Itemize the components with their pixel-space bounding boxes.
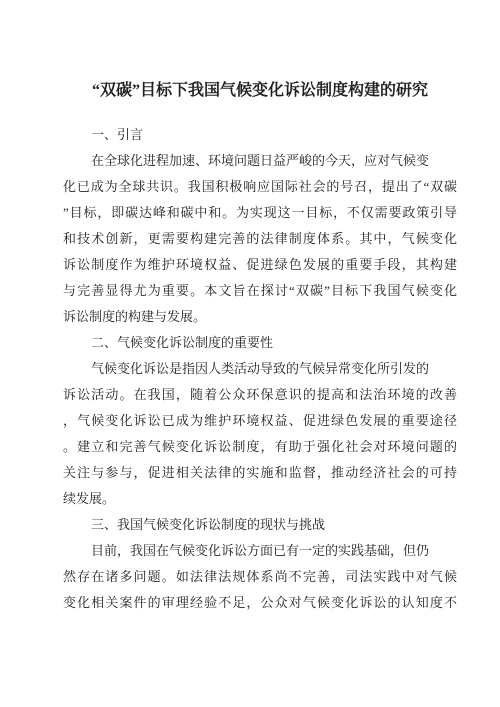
paragraph-line: 变化相关案件的审理经验不足，公众对气候变化诉讼的认知度不	[63, 590, 457, 616]
document-body: 一、引言在全球化进程加速、环境问题日益严峻的今天，应对气候变化已成为全球共识。我…	[0, 122, 500, 616]
paragraph-line: 化已成为全球共识。我国积极响应国际社会的号召，提出了“双碳	[63, 174, 457, 200]
paragraph-line: ”目标，即碳达峰和碳中和。为实现这一目标，不仅需要政策引导	[63, 200, 457, 226]
paragraph-line: 气候变化诉讼是指因人类活动导致的气候异常变化所引发的	[63, 356, 457, 382]
document-page: “双碳”目标下我国气候变化诉讼制度构建的研究 一、引言在全球化进程加速、环境问题…	[0, 0, 500, 707]
paragraph-line: 续发展。	[63, 486, 457, 512]
document-title: “双碳”目标下我国气候变化诉讼制度构建的研究	[63, 78, 457, 104]
paragraph-line: 在全球化进程加速、环境问题日益严峻的今天，应对气候变	[63, 148, 457, 174]
paragraph-line: 关注与参与，促进相关法律的实施和监督，推动经济社会的可持	[63, 460, 457, 486]
paragraph-line: 诉讼制度的构建与发展。	[63, 304, 457, 330]
paragraph-line: 然存在诸多问题。如法律法规体系尚不完善，司法实践中对气候	[63, 564, 457, 590]
paragraph-line: ，气候变化诉讼已成为维护环境权益、促进绿色发展的重要途径	[63, 408, 457, 434]
paragraph-line: 和技术创新，更需要构建完善的法律制度体系。其中，气候变化	[63, 226, 457, 252]
section-heading: 三、我国气候变化诉讼制度的现状与挑战	[63, 512, 457, 538]
section-heading: 一、引言	[63, 122, 457, 148]
section-heading: 二、气候变化诉讼制度的重要性	[63, 330, 457, 356]
paragraph-line: 与完善显得尤为重要。本文旨在探讨“双碳”目标下我国气候变化	[63, 278, 457, 304]
paragraph-line: 诉讼活动。在我国，随着公众环保意识的提高和法治环境的改善	[63, 382, 457, 408]
paragraph-line: 。建立和完善气候变化诉讼制度，有助于强化社会对环境问题的	[63, 434, 457, 460]
paragraph-line: 诉讼制度作为维护环境权益、促进绿色发展的重要手段，其构建	[63, 252, 457, 278]
paragraph-line: 目前，我国在气候变化诉讼方面已有一定的实践基础，但仍	[63, 538, 457, 564]
